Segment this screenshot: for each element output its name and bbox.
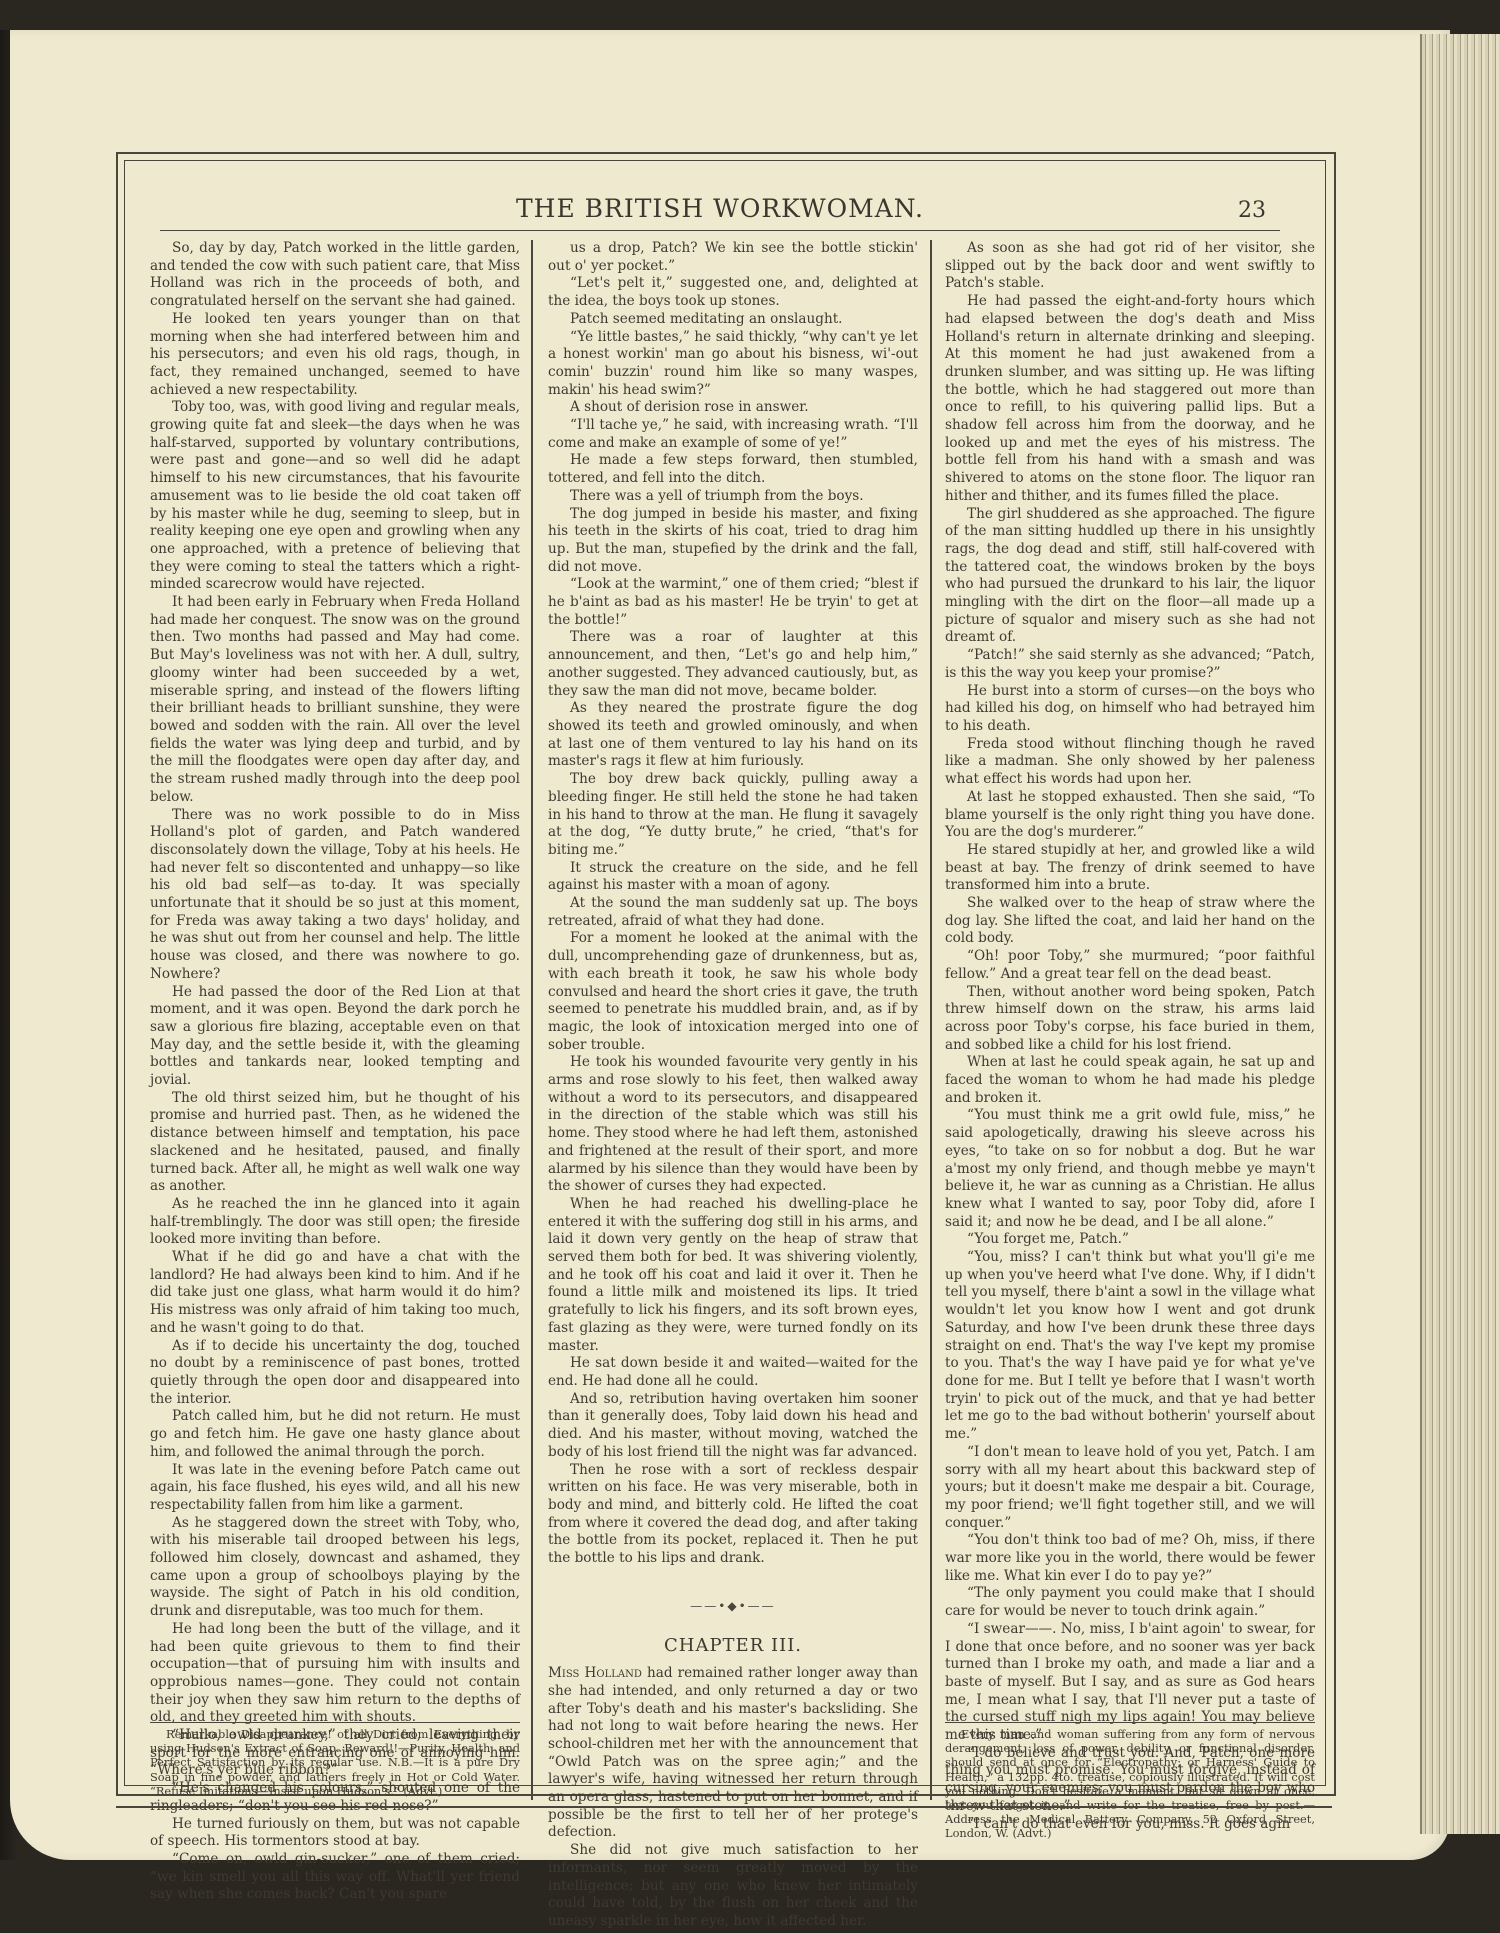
paragraph: us a drop, Patch? We kin see the bottle … <box>548 240 918 275</box>
paragraph: “Come on, owld gin-sucker,” one of them … <box>150 1851 520 1904</box>
column-divider-1 <box>531 240 533 1800</box>
paragraph: The boy drew back quickly, pulling away … <box>548 771 918 860</box>
paragraph: Toby too, was, with good living and regu… <box>150 399 520 594</box>
paragraph: Freda stood without flinching though he … <box>945 736 1315 789</box>
paragraph: What if he did go and have a chat with t… <box>150 1249 520 1338</box>
paragraph: So, day by day, Patch worked in the litt… <box>150 240 520 311</box>
column-divider-2 <box>930 240 932 1800</box>
chapter-lead-name: Miss Holland <box>548 1665 642 1681</box>
paragraph: When at last he could speak again, he sa… <box>945 1054 1315 1107</box>
paragraph: “I don't mean to leave hold of you yet, … <box>945 1444 1315 1533</box>
paragraph: At the sound the man suddenly sat up. Th… <box>548 895 918 930</box>
paragraph: “Oh! poor Toby,” she murmured; “poor fai… <box>945 948 1315 983</box>
paragraph: “Look at the warmint,” one of them cried… <box>548 576 918 629</box>
paragraph: He had passed the door of the Red Lion a… <box>150 984 520 1090</box>
paragraph: When he had reached his dwelling-place h… <box>548 1196 918 1355</box>
paragraph: At last he stopped exhausted. Then she s… <box>945 789 1315 842</box>
paragraph: As he staggered down the street with Tob… <box>150 1515 520 1621</box>
paragraph: For a moment he looked at the animal wit… <box>548 930 918 1054</box>
paragraph: The dog jumped in beside his master, and… <box>548 506 918 577</box>
page-border-bottom <box>116 1806 1332 1808</box>
page-number: 23 <box>1238 198 1266 223</box>
paragraph: A shout of derision rose in answer. <box>548 399 918 417</box>
paragraph: He made a few steps forward, then stumbl… <box>548 452 918 487</box>
chapter-first-paragraph: Miss Holland had remained rather longer … <box>548 1665 918 1842</box>
chapter-paragraph: She did not give much satisfaction to he… <box>548 1842 918 1931</box>
text-column-left: So, day by day, Patch worked in the litt… <box>150 240 520 1780</box>
paragraph: “You must think me a grit owld fule, mis… <box>945 1107 1315 1231</box>
paragraph: The old thirst seized him, but he though… <box>150 1090 520 1196</box>
running-header: THE BRITISH WORKWOMAN. 23 <box>160 194 1280 231</box>
text-column-right: As soon as she had got rid of her visito… <box>945 240 1315 1780</box>
advertisement-text: Remarkable Disappearance! of all Dirt fr… <box>150 1727 520 1798</box>
paragraph: Patch seemed meditating an onslaught. <box>548 311 918 329</box>
publication-title: THE BRITISH WORKWOMAN. <box>160 194 1280 223</box>
paragraph: There was no work possible to do in Miss… <box>150 807 520 984</box>
paragraph: He had passed the eight-and-forty hours … <box>945 293 1315 505</box>
paragraph: He looked ten years younger than on that… <box>150 311 520 400</box>
paragraph: There was a yell of triumph from the boy… <box>548 488 918 506</box>
paragraph: He sat down beside it and waited—waited … <box>548 1355 918 1390</box>
chapter-first-paragraph-text: had remained rather longer away than she… <box>548 1665 918 1840</box>
page-edges <box>1420 34 1500 1834</box>
paragraph: And so, retribution having overtaken him… <box>548 1391 918 1462</box>
paragraph: As soon as she had got rid of her visito… <box>945 240 1315 293</box>
paragraph: Then he rose with a sort of reckless des… <box>548 1462 918 1568</box>
paragraph: The girl shuddered as she approached. Th… <box>945 506 1315 648</box>
advertisement-text: Every man and woman suffering from any f… <box>945 1727 1315 1841</box>
paragraph: “Ye little bastes,” he said thickly, “wh… <box>548 329 918 400</box>
paragraph: “Patch!” she said sternly as she advance… <box>945 647 1315 682</box>
section-ornament: ——•◆•—— <box>548 1598 918 1616</box>
paragraph: As they neared the prostrate figure the … <box>548 700 918 771</box>
paragraph: He had long been the butt of the village… <box>150 1621 520 1727</box>
paragraph: He turned furiously on them, but was not… <box>150 1816 520 1851</box>
paragraph: “I'll tache ye,” he said, with increasin… <box>548 417 918 452</box>
paragraph: As if to decide his uncertainty the dog,… <box>150 1338 520 1409</box>
paragraph: There was a roar of laughter at this ann… <box>548 629 918 700</box>
story-continuation: us a drop, Patch? We kin see the bottle … <box>548 240 918 1568</box>
paragraph: “Let's pelt it,” suggested one, and, del… <box>548 275 918 310</box>
paragraph: Then, without another word being spoken,… <box>945 984 1315 1055</box>
paragraph: “You forget me, Patch.” <box>945 1231 1315 1249</box>
paragraph: He took his wounded favourite very gentl… <box>548 1054 918 1196</box>
text-column-middle: us a drop, Patch? We kin see the bottle … <box>548 240 918 1780</box>
paragraph: She walked over to the heap of straw whe… <box>945 895 1315 948</box>
paragraph: It struck the creature on the side, and … <box>548 860 918 895</box>
paragraph: “You don't think too bad of me? Oh, miss… <box>945 1532 1315 1585</box>
advertisement-electropathy: Every man and woman suffering from any f… <box>945 1722 1315 1841</box>
paragraph: He stared stupidly at her, and growled l… <box>945 842 1315 895</box>
paragraph: He burst into a storm of curses—on the b… <box>945 683 1315 736</box>
paragraph: “The only payment you could make that I … <box>945 1585 1315 1620</box>
paragraph: It had been early in February when Freda… <box>150 594 520 806</box>
paragraph: As he reached the inn he glanced into it… <box>150 1196 520 1249</box>
advertisement-hudsons-soap: Remarkable Disappearance! of all Dirt fr… <box>150 1722 520 1798</box>
paragraph: It was late in the evening before Patch … <box>150 1462 520 1515</box>
paragraph: Patch called him, but he did not return.… <box>150 1408 520 1461</box>
chapter-heading: CHAPTER III. <box>548 1637 918 1655</box>
paragraph: “You, miss? I can't think but what you'l… <box>945 1249 1315 1444</box>
